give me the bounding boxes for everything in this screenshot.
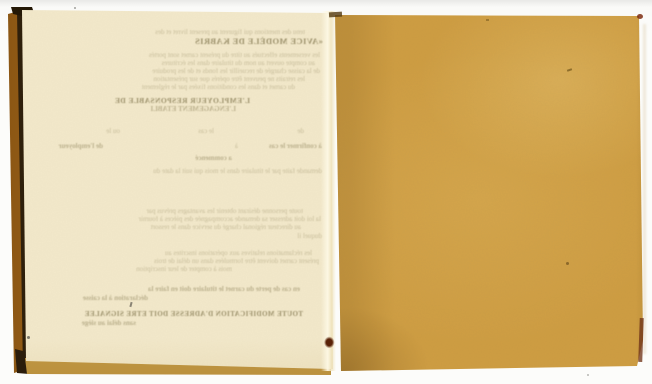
cover-edge-streak [638, 318, 644, 362]
dust-speck [74, 7, 76, 9]
dust-speck [587, 374, 589, 376]
spine-top-mark [329, 12, 342, 18]
photo-open-booklet: tenu des mentions qui figurent au presen… [0, 0, 652, 384]
surface-marks [0, 0, 652, 384]
cover-corner-speck [637, 14, 643, 19]
